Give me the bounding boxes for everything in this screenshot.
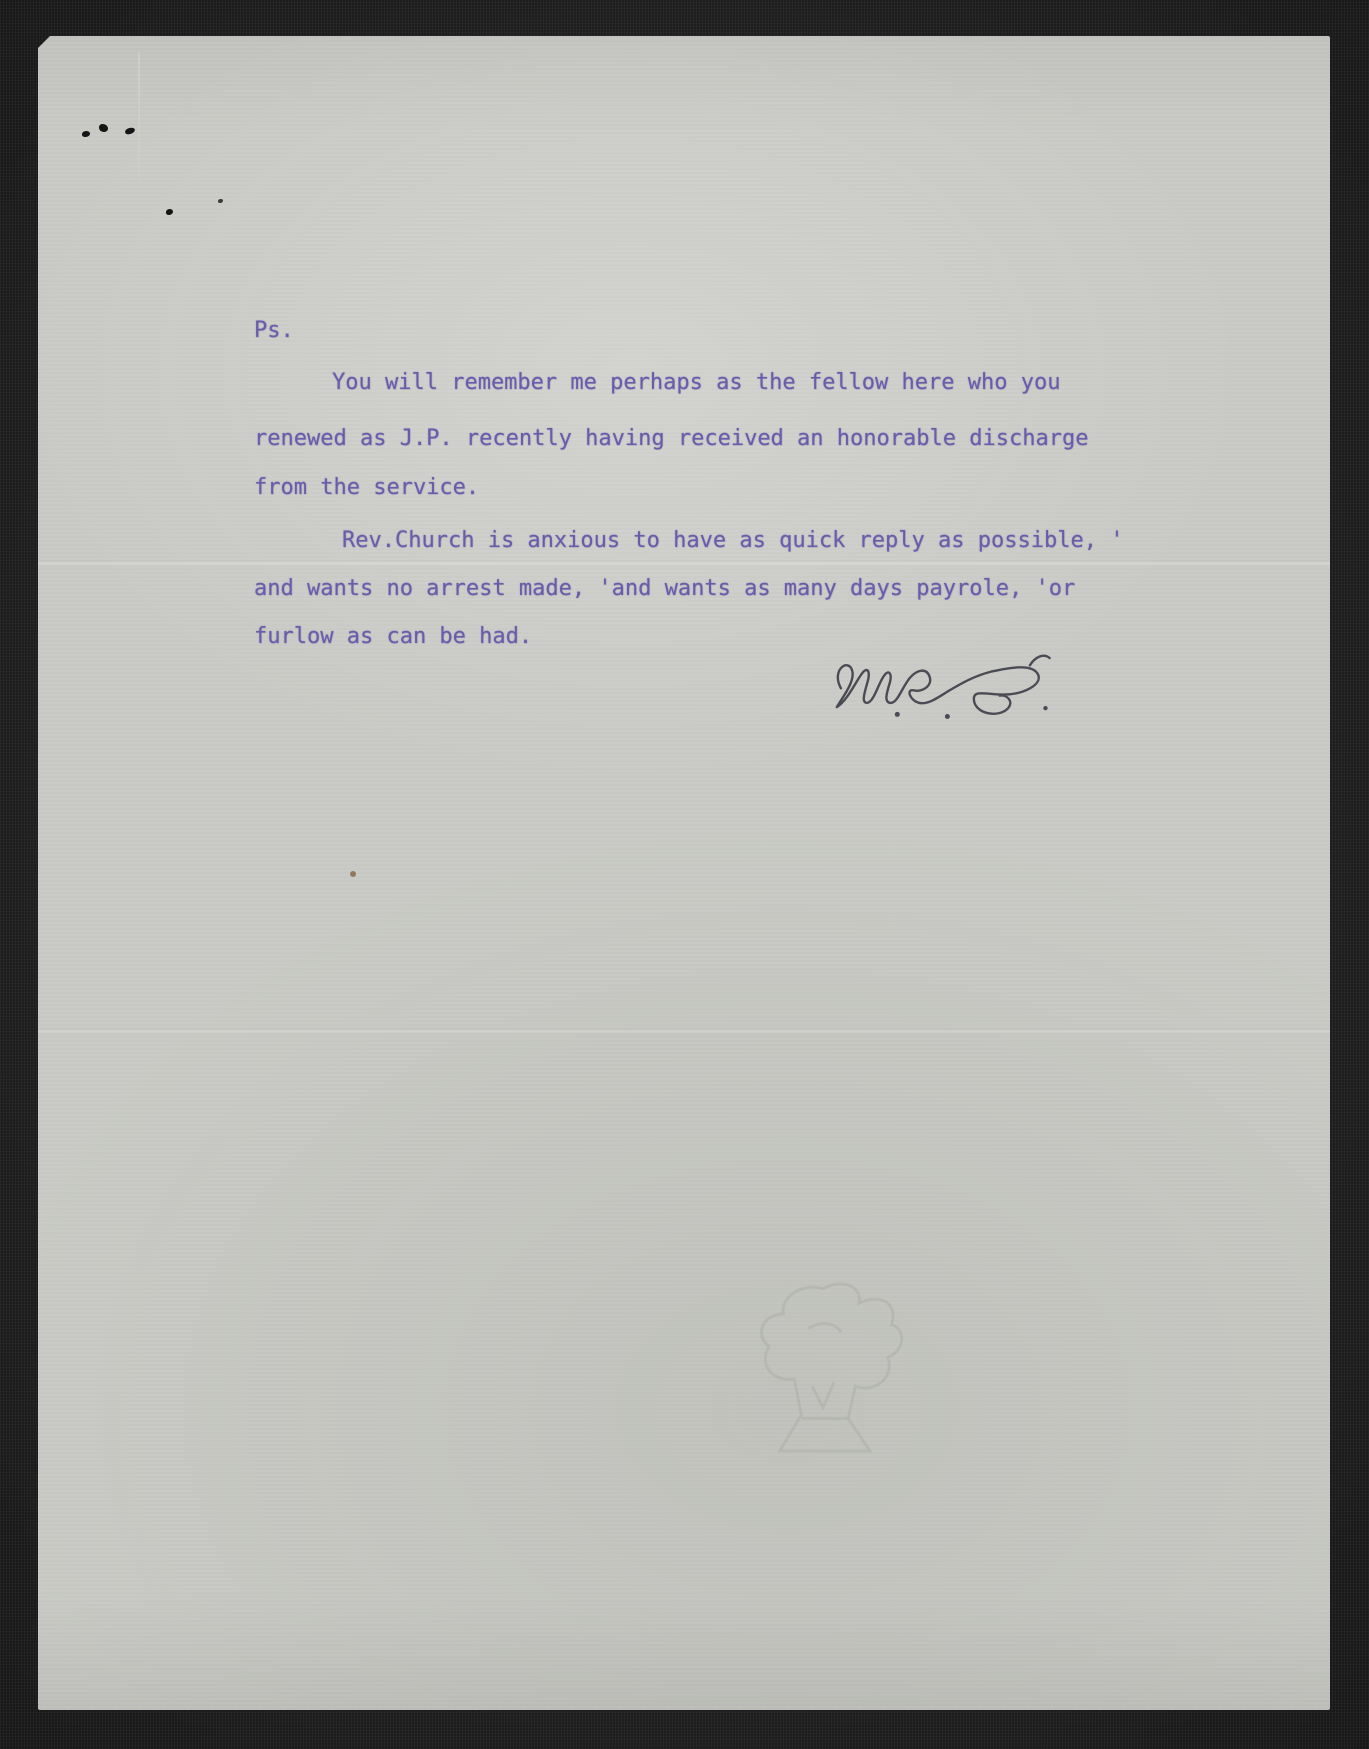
letter-line-4: Rev.Church is anxious to have as quick r… bbox=[342, 528, 1123, 554]
letter-line-5: and wants no arrest made, 'and wants as … bbox=[254, 576, 1075, 602]
letter-paper: Ps. You will remember me perhaps as the … bbox=[38, 36, 1330, 1710]
letter-line-6: furlow as can be had. bbox=[254, 624, 532, 650]
fold-crease-lower bbox=[38, 1028, 1330, 1035]
ink-speck bbox=[124, 127, 135, 135]
ink-speck bbox=[166, 209, 173, 215]
fold-crease-upper bbox=[38, 560, 1330, 567]
postscript-label: Ps. bbox=[254, 318, 294, 344]
ink-speck bbox=[82, 131, 90, 137]
paper-scratch bbox=[138, 52, 140, 182]
letter-line-3: from the service. bbox=[254, 475, 479, 501]
eagle-watermark bbox=[733, 1271, 913, 1476]
ink-speck bbox=[218, 199, 223, 203]
handwritten-initials bbox=[818, 648, 1058, 738]
ink-speck bbox=[99, 124, 108, 132]
letter-line-1: You will remember me perhaps as the fell… bbox=[332, 370, 1060, 396]
letter-line-2: renewed as J.P. recently having received… bbox=[254, 426, 1088, 452]
rust-speck bbox=[350, 871, 356, 877]
